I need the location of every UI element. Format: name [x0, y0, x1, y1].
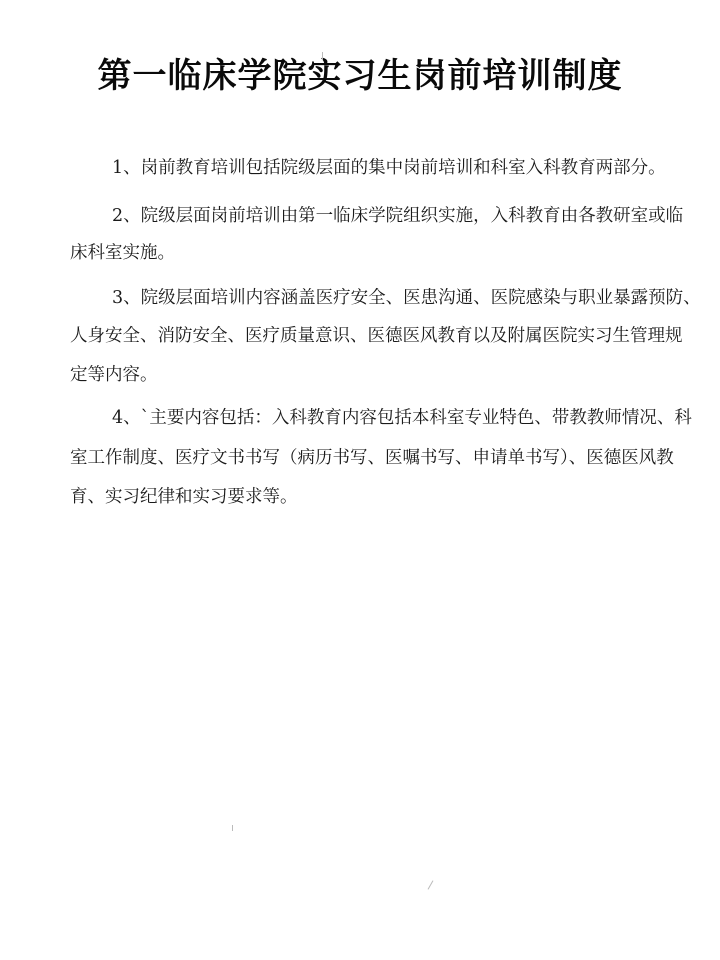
paragraph-line: 4、`主要内容包括：入科教育内容包括本科室专业特色、带教教师情况、科 [112, 406, 692, 430]
paragraph-line: 育、实习纪律和实习要求等。 [70, 485, 298, 509]
document-title: 第一临床学院实习生岗前培训制度 [0, 52, 720, 100]
paragraph-line: 人身安全、消防安全、医疗质量意识、医德医风教育以及附属医院实习生管理规 [70, 324, 683, 348]
scan-speck [232, 825, 233, 831]
paragraph-line: 室工作制度、医疗文书书写（病历书写、医嘱书写、申请单书写）、医德医风教 [70, 446, 674, 470]
paragraph-line: 2、院级层面岗前培训由第一临床学院组织实施，入科教育由各教研室或临 [112, 204, 683, 228]
paragraph-line: 3、院级层面培训内容涵盖医疗安全、医患沟通、医院感染与职业暴露预防、 [112, 286, 701, 310]
paragraph-line: 床科室实施。 [70, 241, 175, 265]
scan-speck [428, 880, 434, 889]
paragraph-line: 1、岗前教育培训包括院级层面的集中岗前培训和科室入科教育两部分。 [112, 156, 666, 180]
scan-speck [322, 52, 323, 60]
paragraph-line: 定等内容。 [70, 363, 158, 387]
